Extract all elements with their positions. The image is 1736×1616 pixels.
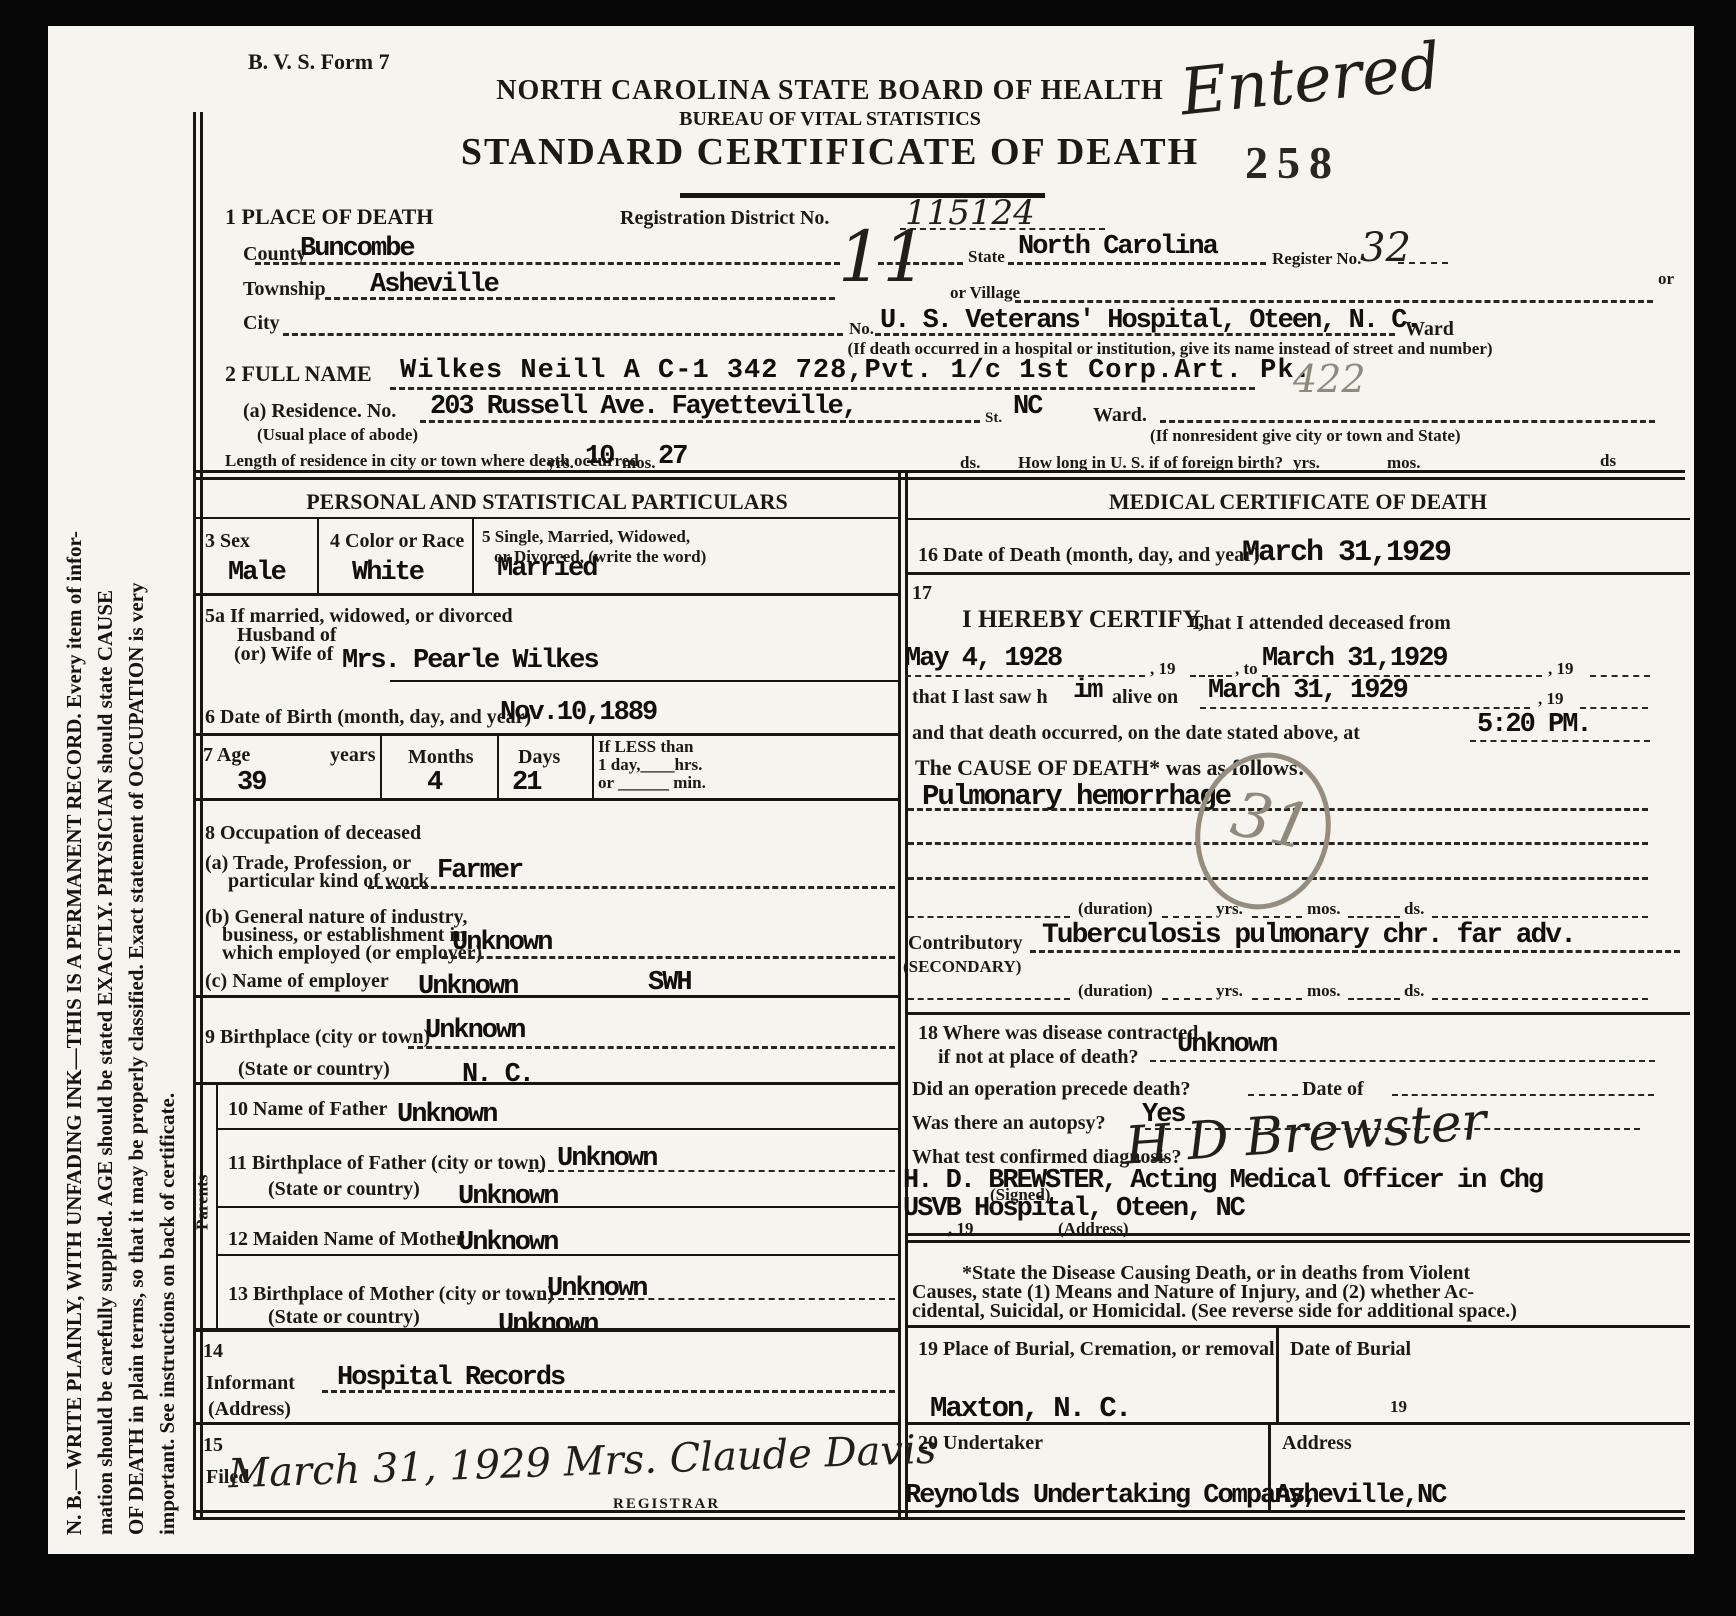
- rule: [216, 1206, 898, 1208]
- dotted-line: [1030, 950, 1680, 953]
- nineteen-label-3: , 19: [1538, 690, 1564, 709]
- full-name-value: Wilkes Neill A C-1 342 728,Pvt. 1/c 1st …: [400, 358, 1312, 385]
- dotted-line: [1580, 707, 1648, 709]
- duration2-mos-label: mos.: [1307, 982, 1341, 1001]
- dotted-line: [1398, 262, 1448, 264]
- parents-divider: [216, 1082, 218, 1328]
- place-of-death-label: 1 PLACE OF DEATH: [225, 205, 433, 229]
- dotted-line: [1162, 916, 1212, 918]
- board-title: NORTH CAROLINA STATE BOARD OF HEALTH: [380, 76, 1280, 107]
- residence-label: (a) Residence. No.: [243, 400, 396, 422]
- mos-label: mos.: [622, 454, 656, 473]
- date-of-death-value: March 31,1929: [1242, 538, 1450, 568]
- burial-value: Maxton, N. C.: [930, 1394, 1130, 1423]
- rule: [216, 1128, 898, 1130]
- rule: [196, 1328, 898, 1332]
- dotted-line: [442, 956, 895, 959]
- age-days-value: 21: [512, 770, 540, 797]
- nonresident-note: (If nonresident give city or town and St…: [1150, 427, 1461, 446]
- circled-number: 31: [1226, 782, 1316, 859]
- age-years-value: 39: [237, 770, 265, 797]
- swh-stamp: SWH: [648, 970, 691, 997]
- residence-ward-label: Ward.: [1093, 404, 1147, 426]
- father-bp-state-label: (State or country): [268, 1178, 420, 1200]
- st-label: St.: [985, 410, 1002, 427]
- disease-contracted-label-1: 18 Where was disease contracted: [918, 1022, 1198, 1044]
- length-residence-label: Length of residence in city or town wher…: [225, 452, 639, 471]
- dotted-line: [1590, 675, 1650, 677]
- undertaker-label: 20 Undertaker: [918, 1432, 1043, 1454]
- rule: [908, 1422, 1690, 1425]
- cell-divider: [1276, 1325, 1279, 1422]
- employer-label: (c) Name of employer: [205, 970, 389, 992]
- father-birthplace-value: Unknown: [557, 1146, 656, 1173]
- trade-value: Farmer: [437, 858, 522, 885]
- birthplace-label: 9 Birthplace (city or town): [205, 1026, 430, 1048]
- form-left-border: [193, 112, 203, 1520]
- dotted-line: [908, 916, 1070, 918]
- parents-label: Parents: [194, 1147, 213, 1257]
- disease-contracted-value: Unknown: [1177, 1032, 1276, 1059]
- race-label: 4 Color or Race: [330, 530, 464, 552]
- state-value: North Carolina: [1018, 234, 1217, 261]
- burial-nineteen: 19: [1390, 1398, 1407, 1417]
- attended-from-value: May 4, 1928: [905, 646, 1061, 673]
- medical-heading: MEDICAL CERTIFICATE OF DEATH: [908, 490, 1688, 514]
- marital-label-1: 5 Single, Married, Widowed,: [482, 528, 690, 547]
- county-value: Buncombe: [300, 236, 414, 263]
- informant-value: Hospital Records: [337, 1365, 564, 1392]
- attended-to-value: March 31,1929: [1262, 646, 1447, 673]
- dotted-line: [1162, 998, 1212, 1000]
- rule: [390, 680, 898, 682]
- bureau-subtitle: BUREAU OF VITAL STATISTICS: [380, 108, 1280, 130]
- foreign-mos-label: mos.: [1387, 454, 1421, 473]
- district-handwritten: 11: [838, 222, 927, 292]
- dotted-line: [368, 886, 895, 889]
- entry-number-stamp: 258: [1245, 136, 1341, 189]
- age-label: 7 Age: [203, 744, 250, 766]
- operation-date-label: Date of: [1302, 1078, 1364, 1100]
- dotted-line: [1252, 998, 1302, 1000]
- ds-label: ds.: [960, 454, 980, 473]
- rule: [216, 1254, 898, 1256]
- dotted-line: [255, 262, 840, 265]
- item-17-number: 17: [912, 582, 932, 604]
- date-of-death-label: 16 Date of Death (month, day, and year): [918, 544, 1260, 566]
- mos-value: 27: [658, 444, 686, 471]
- mother-birthplace-label: 13 Birthplace of Mother (city or town): [228, 1283, 554, 1305]
- dob-label: 6 Date of Birth (month, day, and year): [205, 706, 531, 728]
- rule: [908, 572, 1690, 575]
- less-than-label-3: or ______ min.: [598, 774, 706, 793]
- margin-line-3: OF DEATH in plain terms, so that it may …: [121, 57, 152, 1535]
- form-bottom-rule: [193, 1510, 1685, 1520]
- rule: [196, 995, 898, 998]
- item-15-number: 15: [203, 1434, 223, 1456]
- duration-yrs-label: yrs.: [1216, 900, 1243, 919]
- footnote-line-3: cidental, Suicidal, or Homicidal. (See r…: [912, 1300, 1517, 1322]
- death-time-value: 5:20 PM.: [1477, 712, 1591, 739]
- nineteen-label: , 19: [1150, 660, 1176, 679]
- duration-mos-label: mos.: [1307, 900, 1341, 919]
- undertaker-value: Reynolds Undertaking Company,: [905, 1483, 1317, 1510]
- death-occurred-label: and that death occurred, on the date sta…: [912, 722, 1360, 744]
- registration-district-label: Registration District No.: [620, 207, 829, 229]
- officer-typed: H. D. BREWSTER, Acting Medical Officer i…: [903, 1168, 1542, 1195]
- dotted-line: [1160, 420, 1655, 423]
- undertaker-address-label: Address: [1282, 1432, 1352, 1454]
- less-than-label-1: If LESS than: [598, 738, 693, 757]
- city-value: U. S. Veterans' Hospital, Oteen, N. C.: [880, 308, 1420, 335]
- secondary-label: (SECONDARY): [903, 958, 1021, 977]
- dotted-line: [283, 333, 843, 336]
- dotted-line: [1348, 916, 1400, 918]
- dotted-line: [1432, 998, 1648, 1000]
- cell-divider: [380, 733, 382, 798]
- township-value: Asheville: [370, 272, 498, 299]
- or-label: or: [1658, 270, 1674, 289]
- race-value: White: [352, 560, 423, 587]
- age-months-label: Months: [408, 746, 474, 768]
- birthplace-state-label: (State or country): [238, 1058, 390, 1080]
- foreign-yrs-label: yrs.: [1293, 454, 1320, 473]
- alive-on-label: alive on: [1112, 686, 1178, 708]
- occupation-label: 8 Occupation of deceased: [205, 822, 421, 844]
- item-14-number: 14: [203, 1340, 223, 1362]
- dotted-line: [325, 297, 835, 300]
- pencil-number: 422: [1293, 360, 1366, 398]
- mother-name-value: Unknown: [458, 1230, 557, 1257]
- city-label: City: [243, 312, 280, 334]
- rule: [196, 593, 898, 596]
- ward-label: Ward: [1405, 318, 1454, 340]
- margin-instructions: N. B.—WRITE PLAINLY, WITH UNFADING INK—T…: [59, 57, 183, 1535]
- margin-line-4: important. See instructions on back of c…: [152, 57, 183, 1535]
- duration2-ds-label: ds.: [1404, 982, 1424, 1001]
- dotted-line: [1432, 916, 1648, 918]
- disease-contracted-label-2: if not at place of death?: [938, 1046, 1139, 1068]
- duration-label: (duration): [1078, 900, 1153, 919]
- dotted-line: [420, 420, 980, 423]
- dotted-line: [878, 262, 963, 265]
- residence-value: 203 Russell Ave. Fayetteville,: [430, 394, 856, 421]
- less-than-label-2: 1 day,____hrs.: [598, 756, 702, 775]
- certificate-title: STANDARD CERTIFICATE OF DEATH: [380, 132, 1280, 174]
- dotted-line: [1015, 300, 1653, 303]
- rule: [908, 1325, 1690, 1328]
- last-saw-value: March 31, 1929: [1208, 678, 1407, 705]
- rule: [196, 517, 898, 519]
- undertaker-address-value: Asheville,NC: [1275, 1483, 1445, 1510]
- birthplace-value: Unknown: [425, 1018, 524, 1045]
- dotted-line: [875, 333, 1395, 336]
- age-days-label: Days: [518, 746, 560, 768]
- cell-divider: [592, 733, 594, 798]
- dotted-line: [1200, 707, 1530, 709]
- informant-label: Informant: [206, 1372, 295, 1394]
- full-name-label: 2 FULL NAME: [225, 362, 372, 386]
- him-typed: im: [1073, 678, 1101, 705]
- mother-bp-state-value: Unknown: [498, 1312, 597, 1339]
- foreign-birth-label: How long in U. S. if of foreign birth?: [1018, 454, 1283, 473]
- residence-state-value: NC: [1013, 394, 1041, 421]
- dotted-line: [900, 228, 1105, 230]
- sex-label: 3 Sex: [205, 530, 250, 552]
- margin-line-1: N. B.—WRITE PLAINLY, WITH UNFADING INK—T…: [59, 57, 90, 1535]
- mother-bp-state-label: (State or country): [268, 1306, 420, 1328]
- abode-note: (Usual place of abode): [257, 426, 418, 445]
- yrs-label: yrs.: [547, 454, 574, 473]
- rule: [196, 733, 898, 736]
- dotted-line: [1252, 916, 1302, 918]
- duration2-yrs-label: yrs.: [1216, 982, 1243, 1001]
- cell-divider: [317, 517, 319, 593]
- informant-address-label: (Address): [208, 1398, 291, 1420]
- mother-name-label: 12 Maiden Name of Mother: [228, 1228, 465, 1250]
- rule: [196, 1082, 898, 1085]
- father-birthplace-label: 11 Birthplace of Father (city or town): [228, 1152, 546, 1174]
- spouse-label-3: (or) Wife of: [234, 643, 333, 665]
- register-no-label: Register No.: [1272, 250, 1361, 269]
- age-years-label: years: [330, 744, 376, 766]
- contributory-value: Tuberculosis pulmonary chr. far adv.: [1042, 922, 1575, 950]
- dotted-line: [908, 998, 1070, 1000]
- or-village-label: or Village: [950, 284, 1020, 303]
- column-divider: [898, 472, 908, 1520]
- industry-label-3: which employed (or employer): [222, 942, 482, 964]
- personal-heading: PERSONAL AND STATISTICAL PARTICULARS: [196, 490, 898, 514]
- marital-value: Married: [497, 556, 596, 583]
- cause-value: Pulmonary hemorrhage: [922, 782, 1230, 811]
- rule: [908, 518, 1690, 520]
- dotted-line: [408, 1046, 895, 1049]
- no-label: No.: [849, 320, 874, 339]
- spouse-value: Mrs. Pearle Wilkes: [342, 648, 598, 675]
- foreign-ds-label: ds: [1600, 452, 1616, 471]
- burial-date-label: Date of Burial: [1290, 1338, 1411, 1360]
- dotted-line: [1150, 1060, 1655, 1062]
- dotted-line: [390, 387, 1255, 390]
- father-name-label: 10 Name of Father: [228, 1098, 387, 1120]
- industry-value: Unknown: [452, 930, 551, 957]
- duration-ds-label: ds.: [1404, 900, 1424, 919]
- dotted-line: [905, 675, 1145, 677]
- dotted-line: [528, 1298, 895, 1300]
- dotted-line: [1008, 262, 1266, 265]
- top-section-rule: [193, 470, 1685, 480]
- registrar-label: REGISTRAR: [613, 1496, 720, 1513]
- duration2-label: (duration): [1078, 982, 1153, 1001]
- margin-line-2: mation should be carefully supplied. AGE…: [90, 57, 121, 1535]
- rule: [196, 1422, 898, 1425]
- dotted-line: [1248, 1094, 1298, 1096]
- form-number: B. V. S. Form 7: [248, 50, 390, 74]
- father-name-value: Unknown: [397, 1102, 496, 1129]
- sex-value: Male: [228, 560, 285, 587]
- death-certificate-scan: N. B.—WRITE PLAINLY, WITH UNFADING INK—T…: [0, 0, 1736, 1616]
- burial-label: 19 Place of Burial, Cremation, or remova…: [918, 1338, 1275, 1360]
- rule: [196, 798, 898, 801]
- age-months-value: 4: [427, 770, 441, 797]
- state-label: State: [968, 248, 1005, 267]
- rule: [908, 1012, 1690, 1015]
- operation-label: Did an operation precede death?: [912, 1078, 1191, 1100]
- cell-divider: [472, 517, 474, 593]
- nineteen-label-2: , 19: [1548, 660, 1574, 679]
- certify-rest-label: That I attended deceased from: [1190, 612, 1451, 634]
- dotted-line: [1470, 740, 1650, 742]
- autopsy-label: Was there an autopsy?: [912, 1112, 1106, 1134]
- rule: [908, 1233, 1690, 1243]
- dotted-line: [1348, 998, 1400, 1000]
- dob-value: Nov.10,1889: [500, 700, 656, 727]
- contributory-label: Contributory: [908, 932, 1022, 954]
- cell-divider: [497, 733, 499, 798]
- dotted-line: [528, 1170, 895, 1172]
- dotted-line: [322, 1390, 895, 1393]
- township-label: Township: [243, 278, 326, 300]
- last-saw-pre-label: that I last saw h: [912, 686, 1048, 708]
- certify-label: I HEREBY CERTIFY,: [962, 606, 1204, 634]
- yrs-value: 10: [585, 444, 613, 471]
